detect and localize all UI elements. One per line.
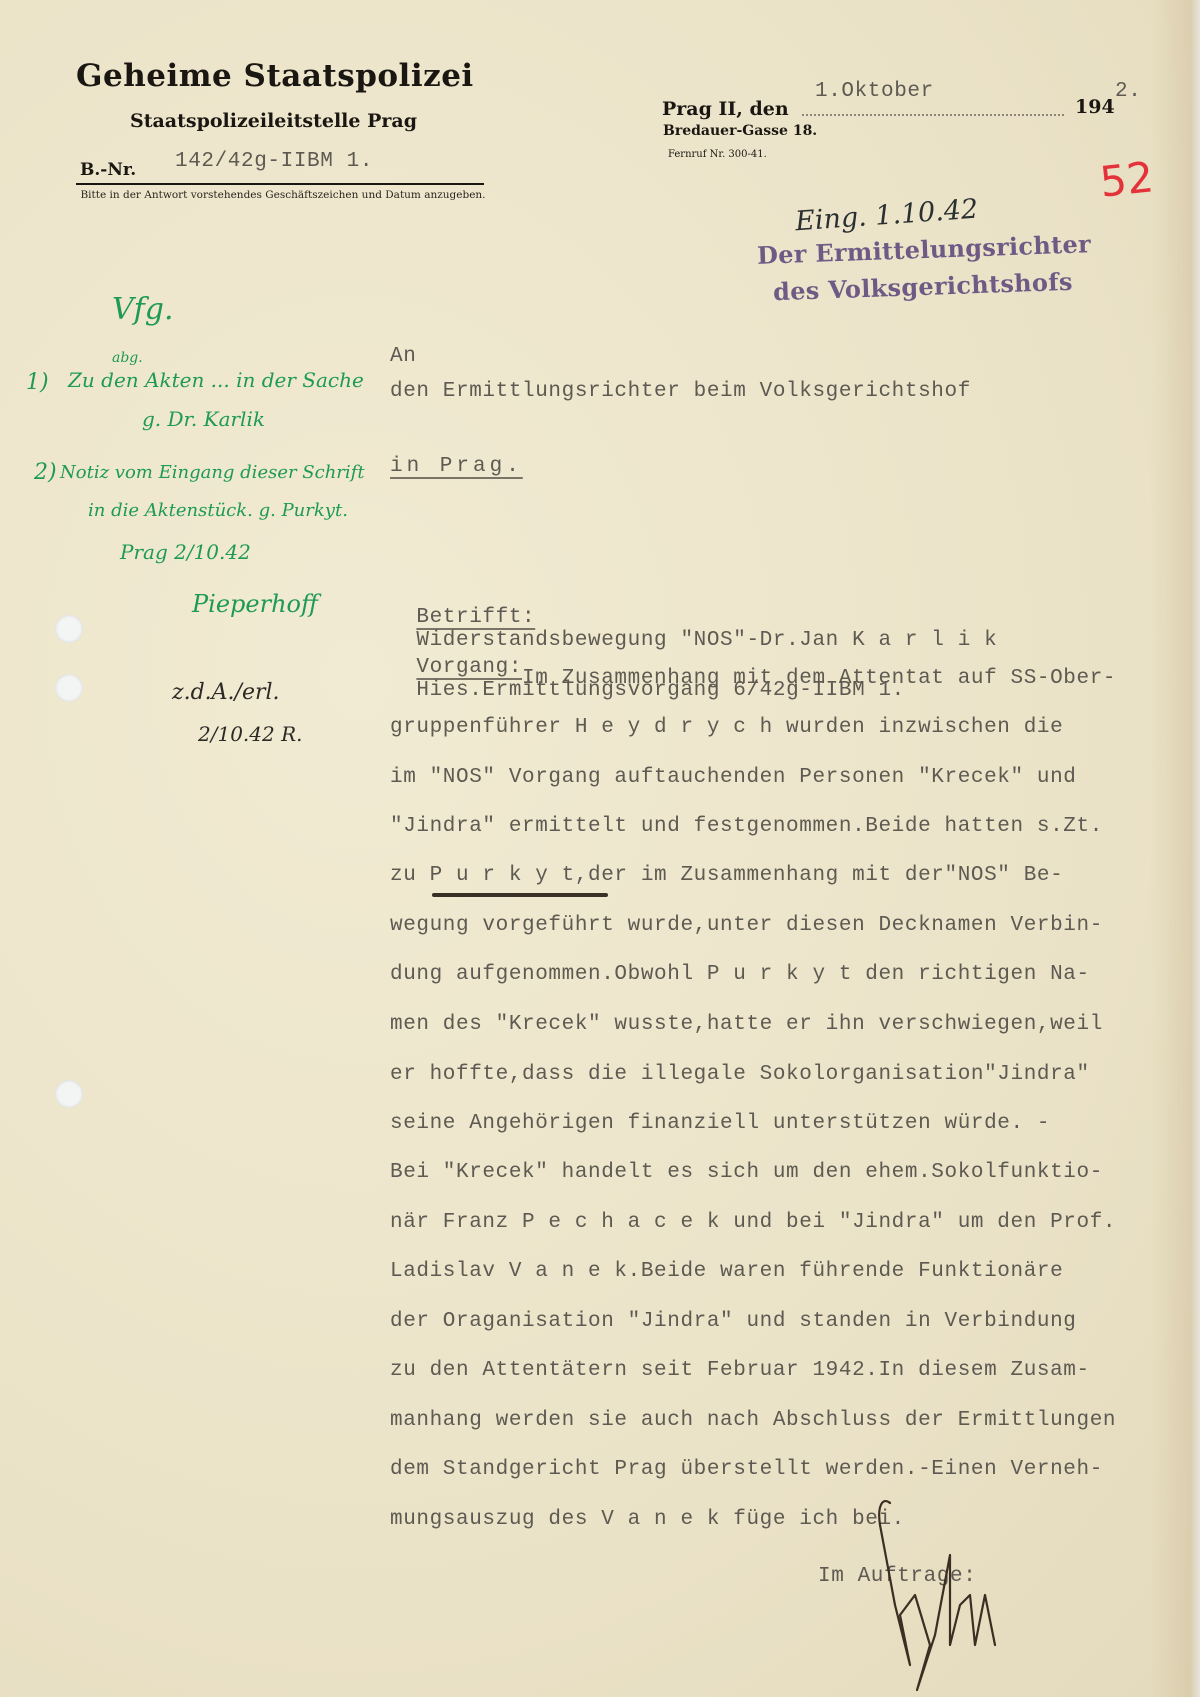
letterhead-rule	[76, 183, 484, 185]
margin-item1-above: abg.	[112, 350, 143, 366]
address-line-1: An	[390, 345, 416, 368]
page-edge-shadow	[1150, 0, 1190, 1697]
body-line: er hoffte,dass die illegale Sokolorganis…	[390, 1063, 1090, 1086]
margin-item2-prefix: 2)	[34, 460, 57, 485]
subject-label: Betrifft:	[416, 606, 535, 629]
margin-item1-line1: Zu den Akten ... in der Sache	[68, 368, 364, 392]
body-line: wegung vorgeführt wurde,unter diesen Dec…	[390, 914, 1103, 937]
margin-item1-line2: g. Dr. Karlik	[142, 407, 265, 431]
body-line: manhang werden sie auch nach Abschluss d…	[390, 1409, 1116, 1432]
body-line: dung aufgenommen.Obwohl P u r k y t den …	[390, 963, 1090, 986]
body-line: mungsauszug des V a n e k füge ich bei.	[390, 1508, 905, 1531]
margin-item2-line1: Notiz vom Eingang dieser Schrift	[60, 462, 365, 483]
page-number: 52	[1098, 152, 1156, 206]
punch-hole	[55, 674, 83, 702]
punch-hole	[55, 615, 83, 643]
body-line: zu P u r k y t,der im Zusammenhang mit d…	[390, 864, 1063, 887]
body-line: gruppenführer H e y d r y c h wurden inz…	[390, 716, 1063, 739]
year-suffix: 2.	[1115, 80, 1141, 103]
margin-item2-line2: in die Aktenstück. g. Purkyt.	[88, 500, 348, 521]
page-right-edge	[1190, 0, 1200, 1697]
margin-item1-prefix: 1)	[26, 370, 49, 395]
body-line: när Franz P e c h a c e k und bei "Jindr…	[390, 1211, 1116, 1234]
pencil-underline	[432, 893, 608, 897]
body-line: im "NOS" Vorgang auftauchenden Personen …	[390, 766, 1077, 789]
body-line: "Jindra" ermittelt und festgenommen.Beid…	[390, 815, 1103, 838]
margin-signature: Pieperhoff	[192, 590, 318, 618]
body-line: der Oraganisation "Jindra" und standen i…	[390, 1310, 1077, 1333]
address-line-2: den Ermittlungsrichter beim Volksgericht…	[390, 380, 971, 403]
body-line: Bei "Krecek" handelt es sich um den ehem…	[390, 1161, 1103, 1184]
reply-hint: Bitte in der Antwort vorstehendes Geschä…	[78, 189, 488, 202]
letterhead-title: Geheime Staatspolizei	[76, 58, 474, 94]
phone-number: Fernruf Nr. 300-41.	[668, 149, 767, 160]
reference-value: 142/42g-IIBM 1.	[175, 150, 373, 173]
body-line: Ladislav V a n e k.Beide waren führende …	[390, 1260, 1063, 1283]
margin-mark: Vfg.	[112, 292, 174, 327]
letterhead-subtitle: Staatspolizeileitstelle Prag	[130, 110, 417, 132]
year-prefix: 194	[1075, 96, 1115, 118]
filed-note-line2: 2/10.42 R.	[198, 722, 303, 746]
filed-note-line1: z.d.A./erl.	[172, 680, 280, 705]
reference-label: B.-Nr.	[80, 160, 136, 180]
date-dotted-line	[802, 114, 1064, 116]
place-label: Prag II, den	[662, 98, 789, 120]
body-line: men des "Krecek" wusste,hatte er ihn ver…	[390, 1013, 1103, 1036]
street-address: Bredauer-Gasse 18.	[663, 123, 817, 139]
address-line-3: in Prag.	[390, 455, 523, 478]
body-line: dem Standgericht Prag überstellt werden.…	[390, 1458, 1103, 1481]
body-line: Im Zusammenhang mit dem Attentat auf SS-…	[390, 667, 1116, 690]
signature-scrawl	[855, 1495, 1005, 1695]
date-value: 1.Oktober	[815, 80, 934, 103]
body-line: seine Angehörigen finanziell unterstütze…	[390, 1112, 1050, 1135]
margin-place-date: Prag 2/10.42	[120, 540, 251, 564]
punch-hole	[55, 1080, 83, 1108]
body-line: zu den Attentätern seit Februar 1942.In …	[390, 1359, 1090, 1382]
